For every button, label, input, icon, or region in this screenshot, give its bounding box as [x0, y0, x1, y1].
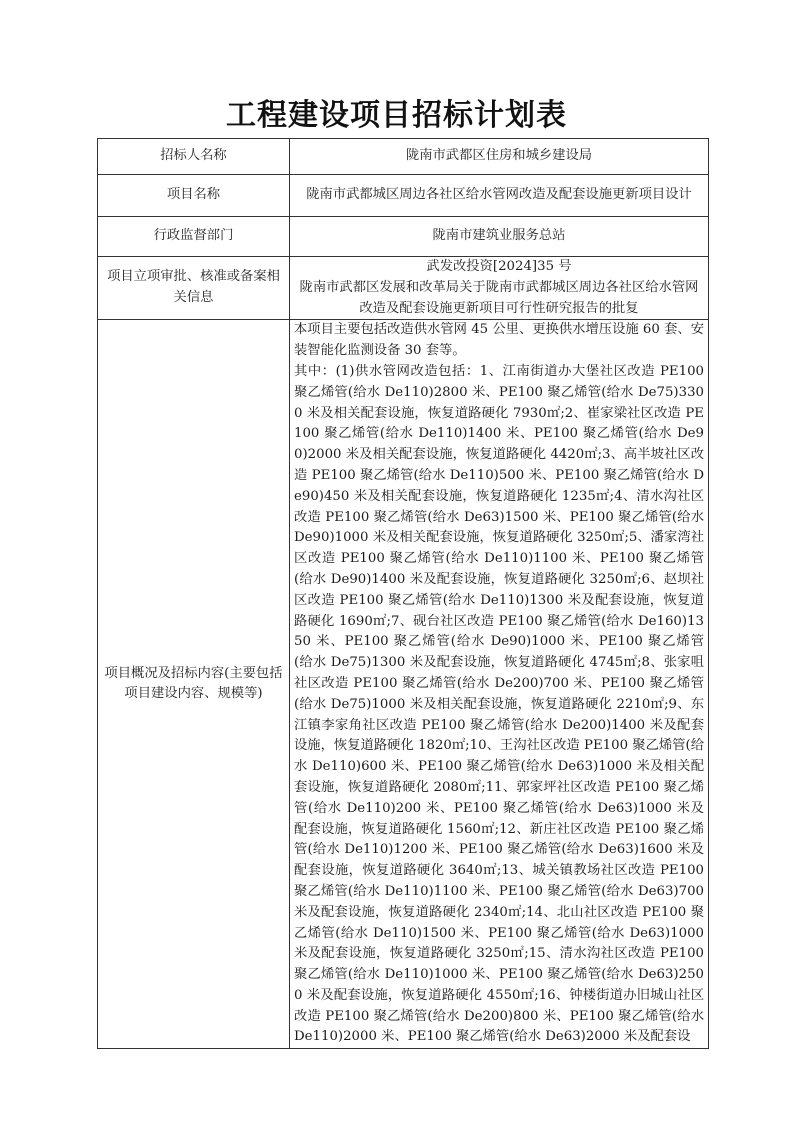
- supervision-dept-value: 陇南市建筑业服务总站: [290, 217, 709, 257]
- table-row-tenderer: 招标人名称 陇南市武都区住房和城乡建设局: [98, 139, 709, 175]
- row-label: 项目概况及招标内容(主要包括项目建设内容、规模等): [98, 320, 290, 1049]
- bidding-plan-table: 招标人名称 陇南市武都区住房和城乡建设局 项目名称 陇南市武都城区周边各社区给水…: [97, 138, 709, 1049]
- table-row-project-name: 项目名称 陇南市武都城区周边各社区给水管网改造及配套设施更新项目设计: [98, 175, 709, 217]
- row-label: 招标人名称: [98, 139, 290, 175]
- row-label: 行政监督部门: [98, 217, 290, 257]
- approval-info-value: 武发改投资[2024]35 号 陇南市武都区发展和改革局关于陇南市武都城区周边各…: [290, 257, 709, 320]
- tenderer-name-value: 陇南市武都区住房和城乡建设局: [290, 139, 709, 175]
- page-title: 工程建设项目招标计划表: [0, 96, 793, 136]
- approval-title: 陇南市武都区发展和改革局关于陇南市武都城区周边各社区给水管网改造及配套设施更新项…: [294, 278, 704, 320]
- table-row-project-overview: 项目概况及招标内容(主要包括项目建设内容、规模等) 本项目主要包括改造供水管网 …: [98, 320, 709, 1049]
- table-row-approval-info: 项目立项审批、核准或备案相关信息 武发改投资[2024]35 号 陇南市武都区发…: [98, 257, 709, 320]
- overview-summary: 本项目主要包括改造供水管网 45 公里、更换供水增压设施 60 套、安装智能化监…: [294, 320, 704, 362]
- table-row-supervision-dept: 行政监督部门 陇南市建筑业服务总站: [98, 217, 709, 257]
- project-name-value: 陇南市武都城区周边各社区给水管网改造及配套设施更新项目设计: [290, 175, 709, 217]
- project-overview-content: 本项目主要包括改造供水管网 45 公里、更换供水增压设施 60 套、安装智能化监…: [290, 320, 709, 1049]
- row-label: 项目立项审批、核准或备案相关信息: [98, 257, 290, 320]
- overview-detail: 其中：(1)供水管网改造包括：1、江南街道办大堡社区改造 PE100 聚乙烯管(…: [294, 362, 704, 1048]
- approval-number: 武发改投资[2024]35 号: [294, 257, 704, 278]
- row-label: 项目名称: [98, 175, 290, 217]
